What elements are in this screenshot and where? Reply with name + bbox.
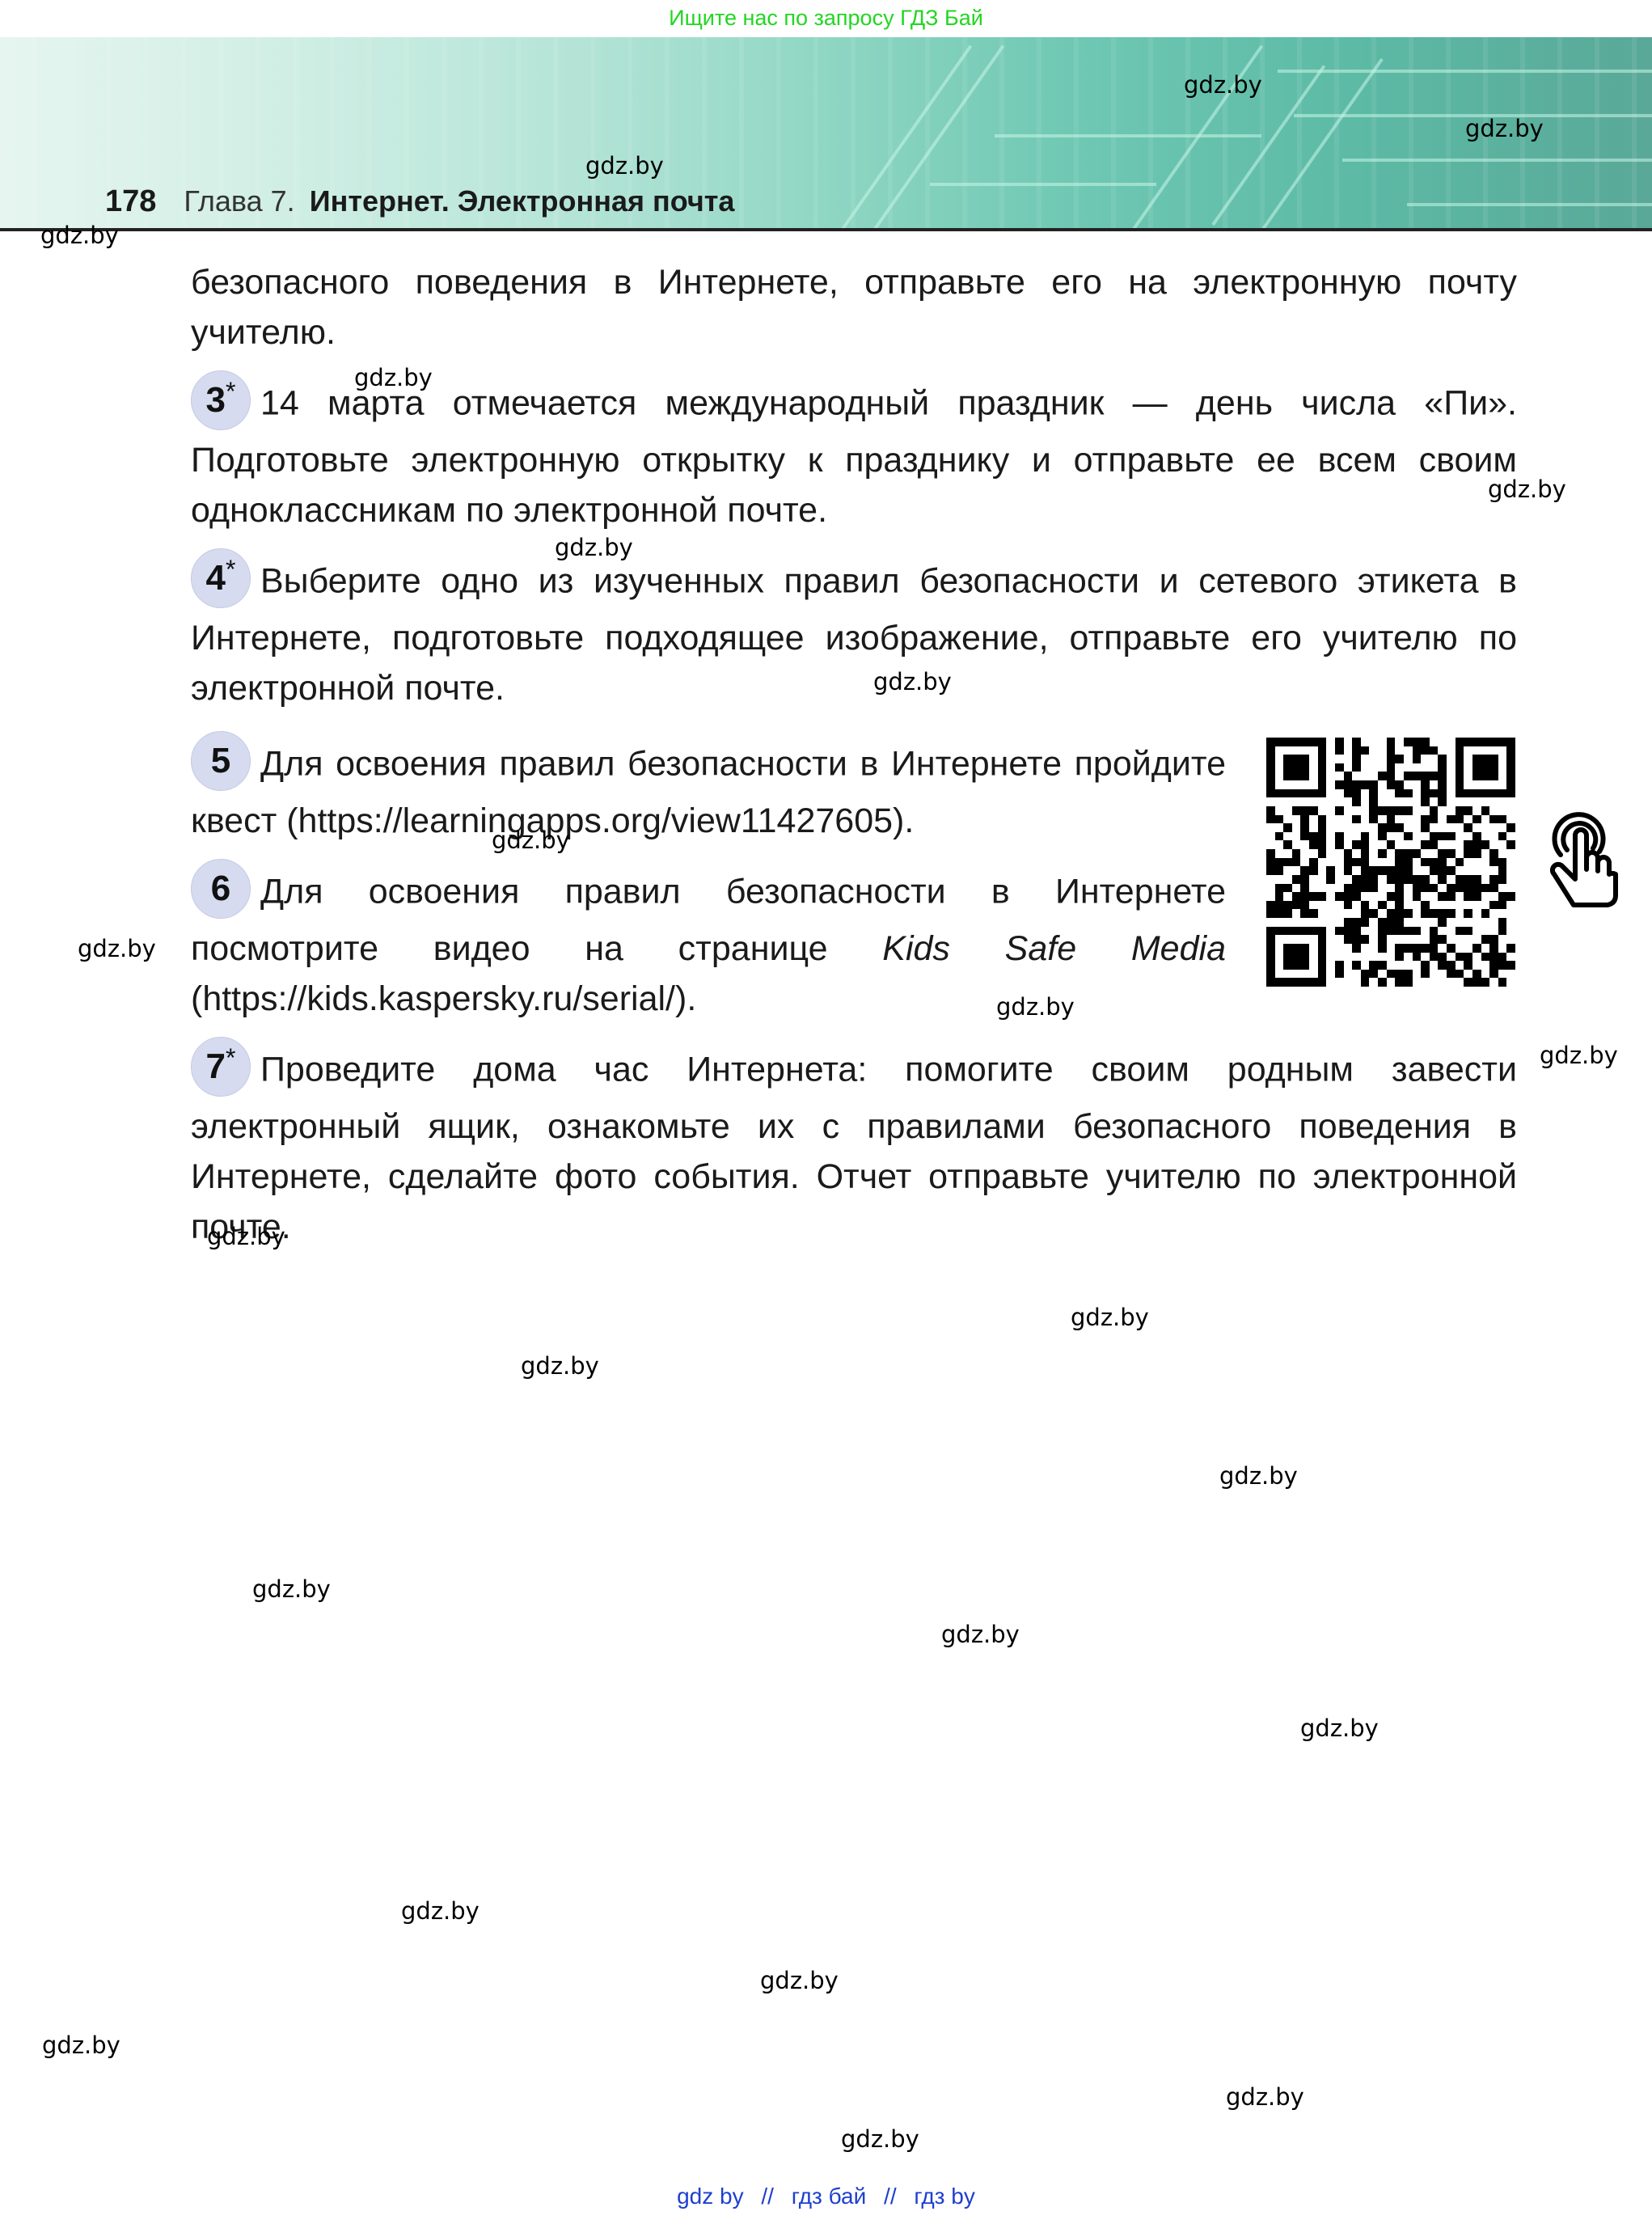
watermark: gdz.by <box>1465 115 1544 142</box>
watermark: gdz.by <box>873 668 952 696</box>
search-hint-banner: Ищите нас по запросу ГДЗ Бай <box>0 0 1652 36</box>
task-number-badge: 7* <box>191 1037 251 1097</box>
watermark: gdz.by <box>1540 1042 1618 1069</box>
qr-code-icon[interactable] <box>1266 738 1515 987</box>
watermark: gdz.by <box>1071 1304 1149 1331</box>
task-number-badge: 4* <box>191 548 251 608</box>
task-number-badge: 6 <box>191 859 251 919</box>
task-3: 3*14 марта отмечается международный праз… <box>191 375 1517 535</box>
watermark: gdz.by <box>40 222 119 249</box>
tap-hand-icon <box>1543 805 1620 918</box>
task-text: Для освоения правил безопасности в Интер… <box>191 744 1226 840</box>
footer-link-gdz-by-cyr[interactable]: гдз by <box>914 2184 974 2209</box>
watermark: gdz.by <box>1488 476 1566 503</box>
watermark: gdz.by <box>760 1967 839 1994</box>
task-text: Выберите одно из изученных правил безопа… <box>191 561 1517 708</box>
watermark: gdz.by <box>1219 1462 1298 1490</box>
footer-link-gdz-bai[interactable]: гдз бай <box>792 2184 867 2209</box>
watermark: gdz.by <box>585 152 664 180</box>
task-text: Проведите дома час Интернета: помогите с… <box>191 1050 1517 1246</box>
footer-link-gdz-by[interactable]: gdz by <box>677 2184 744 2209</box>
watermark: gdz.by <box>941 1621 1020 1648</box>
task-number-badge: 5 <box>191 731 251 791</box>
watermark: gdz.by <box>1184 71 1262 99</box>
task-text-link: (https://kids.kaspersky.ru/serial/). <box>191 979 696 1018</box>
watermark: gdz.by <box>1226 2083 1304 2111</box>
footer-links: gdz by // гдз бай // гдз by <box>0 2184 1652 2209</box>
watermark: gdz.by <box>78 935 156 962</box>
watermark: gdz.by <box>354 364 433 391</box>
chapter-title: Интернет. Электронная почта <box>310 184 735 218</box>
task-text: 14 марта отмечается международный праздн… <box>191 383 1517 530</box>
chapter-prefix: Глава 7. <box>184 184 294 218</box>
watermark: gdz.by <box>521 1352 599 1380</box>
task-number-badge: 3* <box>191 370 251 430</box>
page-number: 178 <box>105 184 156 219</box>
task-5: 5Для освоения правил безопасности в Инте… <box>191 736 1226 846</box>
continuation-text: безопасного поведения в Интернете, отпра… <box>191 257 1517 357</box>
footer-separator: // <box>884 2184 897 2209</box>
watermark: gdz.by <box>42 2032 120 2059</box>
header-divider <box>0 228 1652 231</box>
running-head: 178 Глава 7. Интернет. Электронная почта <box>105 184 734 219</box>
watermark: gdz.by <box>996 993 1075 1021</box>
site-name: Kids Safe Media <box>882 929 1226 968</box>
watermark: gdz.by <box>401 1897 480 1925</box>
task-7: 7*Проведите дома час Интернета: помогите… <box>191 1042 1517 1252</box>
footer-separator: // <box>761 2184 774 2209</box>
watermark: gdz.by <box>252 1575 331 1603</box>
watermark: gdz.by <box>492 827 570 854</box>
watermark: gdz.by <box>555 534 633 561</box>
watermark: gdz.by <box>841 2125 919 2153</box>
watermark: gdz.by <box>207 1223 285 1250</box>
watermark: gdz.by <box>1300 1715 1379 1742</box>
task-4: 4*Выберите одно из изученных правил безо… <box>191 553 1517 713</box>
